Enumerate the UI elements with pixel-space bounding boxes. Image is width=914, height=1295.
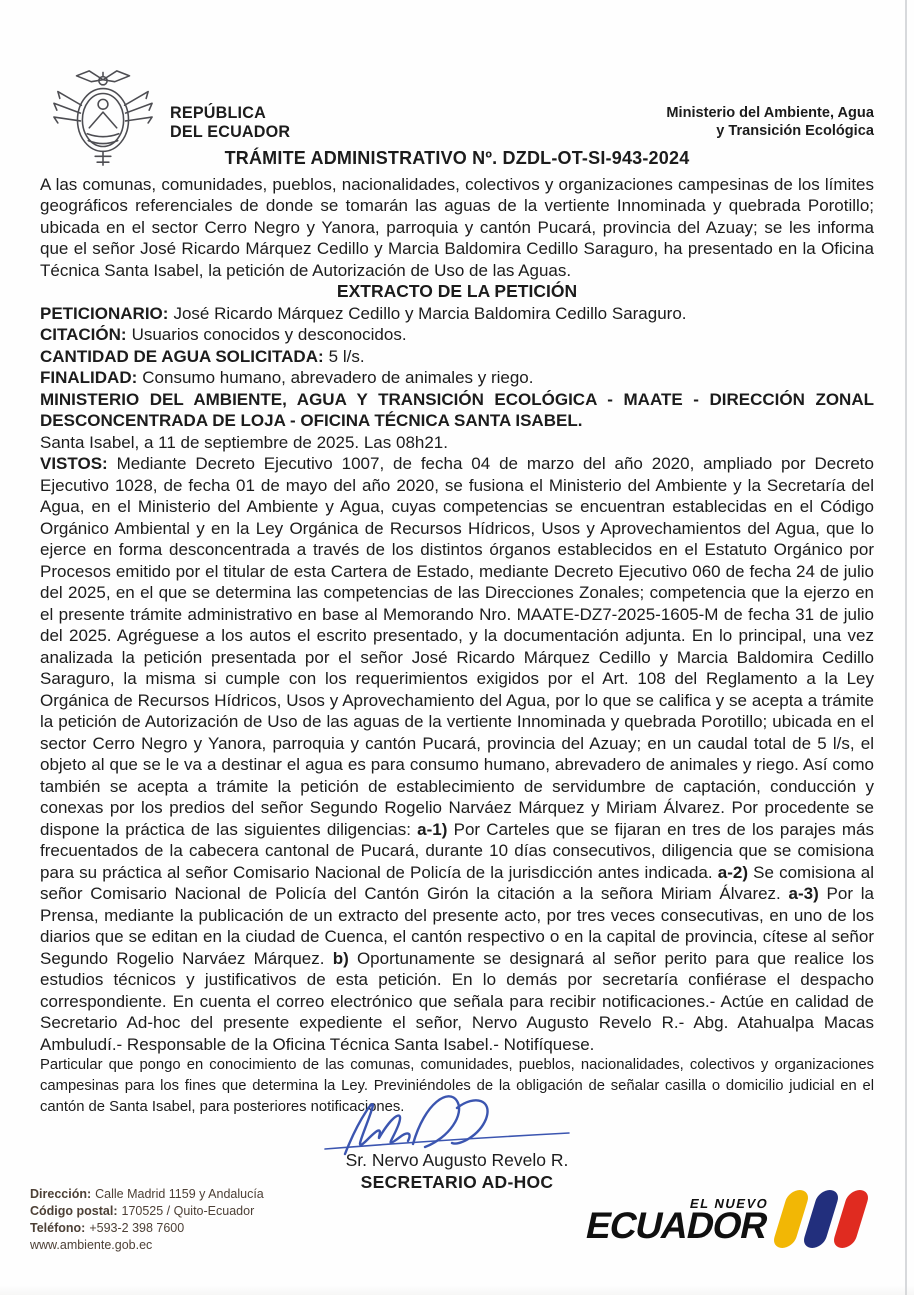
field-label: CANTIDAD DE AGUA SOLICITADA: xyxy=(40,347,324,366)
republic-label: REPÚBLICA DEL ECUADOR xyxy=(170,103,290,141)
republic-line1: REPÚBLICA xyxy=(170,103,290,122)
footer-phone-value: +593-2 398 7600 xyxy=(89,1221,184,1235)
footer-postal: Código postal:170525 / Quito-Ecuador xyxy=(30,1203,264,1220)
office-heading: MINISTERIO DEL AMBIENTE, AGUA Y TRANSICI… xyxy=(40,389,874,432)
field-value: Usuarios conocidos y desconocidos. xyxy=(132,325,407,344)
field-label: CITACIÓN: xyxy=(40,325,127,344)
footer-postal-label: Código postal: xyxy=(30,1204,118,1218)
extract-heading: EXTRACTO DE LA PETICIÓN xyxy=(40,281,874,303)
scan-edge-artifact xyxy=(905,0,907,1295)
signatory-name: Sr. Nervo Augusto Revelo R. xyxy=(40,1150,874,1172)
footer-postal-value: 170525 / Quito-Ecuador xyxy=(122,1204,255,1218)
ministry-line1: Ministerio del Ambiente, Agua xyxy=(666,104,874,122)
scanned-document-page: REPÚBLICA DEL ECUADOR Ministerio del Amb… xyxy=(0,0,914,1295)
el-nuevo-ecuador-logo: EL NUEVO ECUADOR xyxy=(588,1190,862,1248)
ministry-line2: y Transición Ecológica xyxy=(666,122,874,140)
footer-address: Dirección:Calle Madrid 1159 y Andalucía xyxy=(30,1186,264,1203)
field-citacion: CITACIÓN:Usuarios conocidos y desconocid… xyxy=(40,324,874,346)
field-cantidad-agua: CANTIDAD DE AGUA SOLICITADA:5 l/s. xyxy=(40,346,874,368)
footer-address-value: Calle Madrid 1159 y Andalucía xyxy=(95,1187,264,1201)
republic-line2: DEL ECUADOR xyxy=(170,122,290,141)
footer-phone: Teléfono:+593-2 398 7600 xyxy=(30,1220,264,1237)
vistos-paragraph: VISTOS: Mediante Decreto Ejecutivo 1007,… xyxy=(40,453,874,1055)
field-finalidad: FINALIDAD:Consumo humano, abrevadero de … xyxy=(40,367,874,389)
scan-bottom-shade xyxy=(0,1285,914,1295)
document-title: TRÁMITE ADMINISTRATIVO Nº. DZDL-OT-SI-94… xyxy=(40,148,874,170)
footer-phone-label: Teléfono: xyxy=(30,1221,85,1235)
document-body: TRÁMITE ADMINISTRATIVO Nº. DZDL-OT-SI-94… xyxy=(40,148,874,1193)
field-label: PETICIONARIO: xyxy=(40,304,168,323)
dateline: Santa Isabel, a 11 de septiembre de 2025… xyxy=(40,432,874,454)
footer-address-label: Dirección: xyxy=(30,1187,91,1201)
intro-paragraph: A las comunas, comunidades, pueblos, nac… xyxy=(40,174,874,282)
brand-wordmark: EL NUEVO ECUADOR xyxy=(583,1197,773,1242)
brand-main-label: ECUADOR xyxy=(583,1210,770,1242)
field-value: Consumo humano, abrevadero de animales y… xyxy=(142,368,533,387)
brand-flag-stripes-icon xyxy=(771,1190,871,1248)
ministry-label: Ministerio del Ambiente, Agua y Transici… xyxy=(666,104,874,140)
field-value: José Ricardo Márquez Cedillo y Marcia Ba… xyxy=(173,304,686,323)
field-label: FINALIDAD: xyxy=(40,368,137,387)
footer-website: www.ambiente.gob.ec xyxy=(30,1237,264,1254)
field-value: 5 l/s. xyxy=(329,347,365,366)
field-peticionario: PETICIONARIO:José Ricardo Márquez Cedill… xyxy=(40,303,874,325)
footer-contact: Dirección:Calle Madrid 1159 y Andalucía … xyxy=(30,1186,264,1254)
signature-block: Sr. Nervo Augusto Revelo R. SECRETARIO A… xyxy=(40,1086,874,1193)
